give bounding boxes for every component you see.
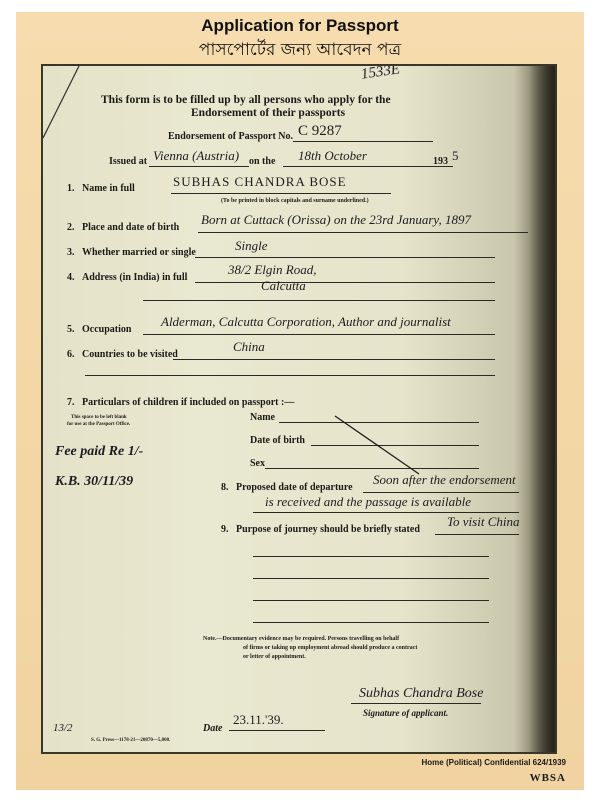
- note-line-1: Note.—Documentary evidence may be requir…: [203, 636, 399, 642]
- field-5-label: 5. Occupation: [67, 324, 131, 335]
- field-8-label: 8. Proposed date of departure: [221, 482, 353, 493]
- issued-on-label: on the: [249, 156, 275, 167]
- field-1-label: 1. Name in full: [67, 183, 135, 194]
- printer-line: S. G. Press—1178-21—20870—5,000.: [91, 738, 170, 743]
- issued-year-prefix: 193: [433, 156, 448, 167]
- field-1-note: (To be printed in block capitals and sur…: [221, 198, 369, 204]
- page-title: Application for Passport: [0, 16, 600, 36]
- issued-year-suffix: 5: [452, 148, 459, 164]
- field-4-label: 4. Address (in India) in full: [67, 272, 187, 283]
- field-9-label: 9. Purpose of journey should be briefly …: [221, 524, 420, 535]
- office-note-line-1: This space to be left blank: [71, 415, 127, 420]
- field-4-value: 38/2 Elgin Road,: [228, 262, 316, 278]
- note-line-2: of firms or taking up employment abroad …: [243, 645, 417, 651]
- page-title-bengali: পাসপোর্টের জন্য আবেদন পত্র: [0, 37, 600, 65]
- children-sex-label: Sex: [250, 458, 265, 469]
- intro-line-2: Endorsement of their passports: [191, 107, 345, 119]
- signature-label: Signature of applicant.: [363, 708, 448, 718]
- issued-day: 18th October: [298, 148, 367, 164]
- field-2-value: Born at Cuttack (Orissa) on the 23rd Jan…: [201, 212, 471, 228]
- field-2-label: 2. Place and date of birth: [67, 222, 179, 233]
- endorsement-value: C 9287: [298, 123, 342, 140]
- note-line-3: or letter of appointment.: [243, 654, 306, 660]
- date-label: Date: [203, 723, 222, 734]
- children-dob-label: Date of birth: [250, 435, 305, 446]
- field-8-value: Soon after the endorsement: [373, 472, 516, 488]
- field-3-value: Single: [235, 238, 268, 254]
- margin-diagonal-line: [43, 66, 103, 146]
- intro-line-1: This form is to be filled up by all pers…: [101, 94, 391, 106]
- children-name-label: Name: [250, 412, 275, 423]
- field-9-value: To visit China: [447, 514, 519, 530]
- field-7-label: 7. Particulars of children if included o…: [67, 397, 294, 408]
- archive-name: WBSA: [530, 772, 566, 784]
- archive-reference: Home (Political) Confidential 624/1939: [422, 758, 566, 767]
- office-handwriting-initials: K.B. 30/11/39: [55, 474, 133, 490]
- children-strikethrough-line: [333, 414, 423, 478]
- office-note-line-2: for use at the Passport Office.: [67, 422, 130, 427]
- issued-label: Issued at: [109, 156, 147, 167]
- field-5-value: Alderman, Calcutta Corporation, Author a…: [161, 314, 451, 330]
- endorsement-label: Endorsement of Passport No.: [168, 131, 293, 142]
- issued-place: Vienna (Austria): [153, 148, 239, 164]
- stamp-number: 1533E: [360, 64, 401, 84]
- date-value: 23.11.'39.: [233, 712, 284, 728]
- field-8-value-line2: is received and the passage is available: [265, 494, 471, 510]
- field-6-value: China: [233, 339, 265, 355]
- passport-application-document: 1533E This form is to be filled up by al…: [41, 64, 557, 754]
- office-handwriting-fee: Fee paid Re 1/-: [55, 444, 143, 460]
- field-1-value: SUBHAS CHANDRA BOSE: [173, 174, 347, 190]
- field-6-label: 6. Countries to be visited: [67, 349, 178, 360]
- applicant-signature: Subhas Chandra Bose: [359, 686, 483, 702]
- field-4-value-line2: Calcutta: [261, 278, 306, 294]
- field-3-label: 3. Whether married or single: [67, 247, 196, 258]
- margin-number: 13/2: [53, 722, 73, 734]
